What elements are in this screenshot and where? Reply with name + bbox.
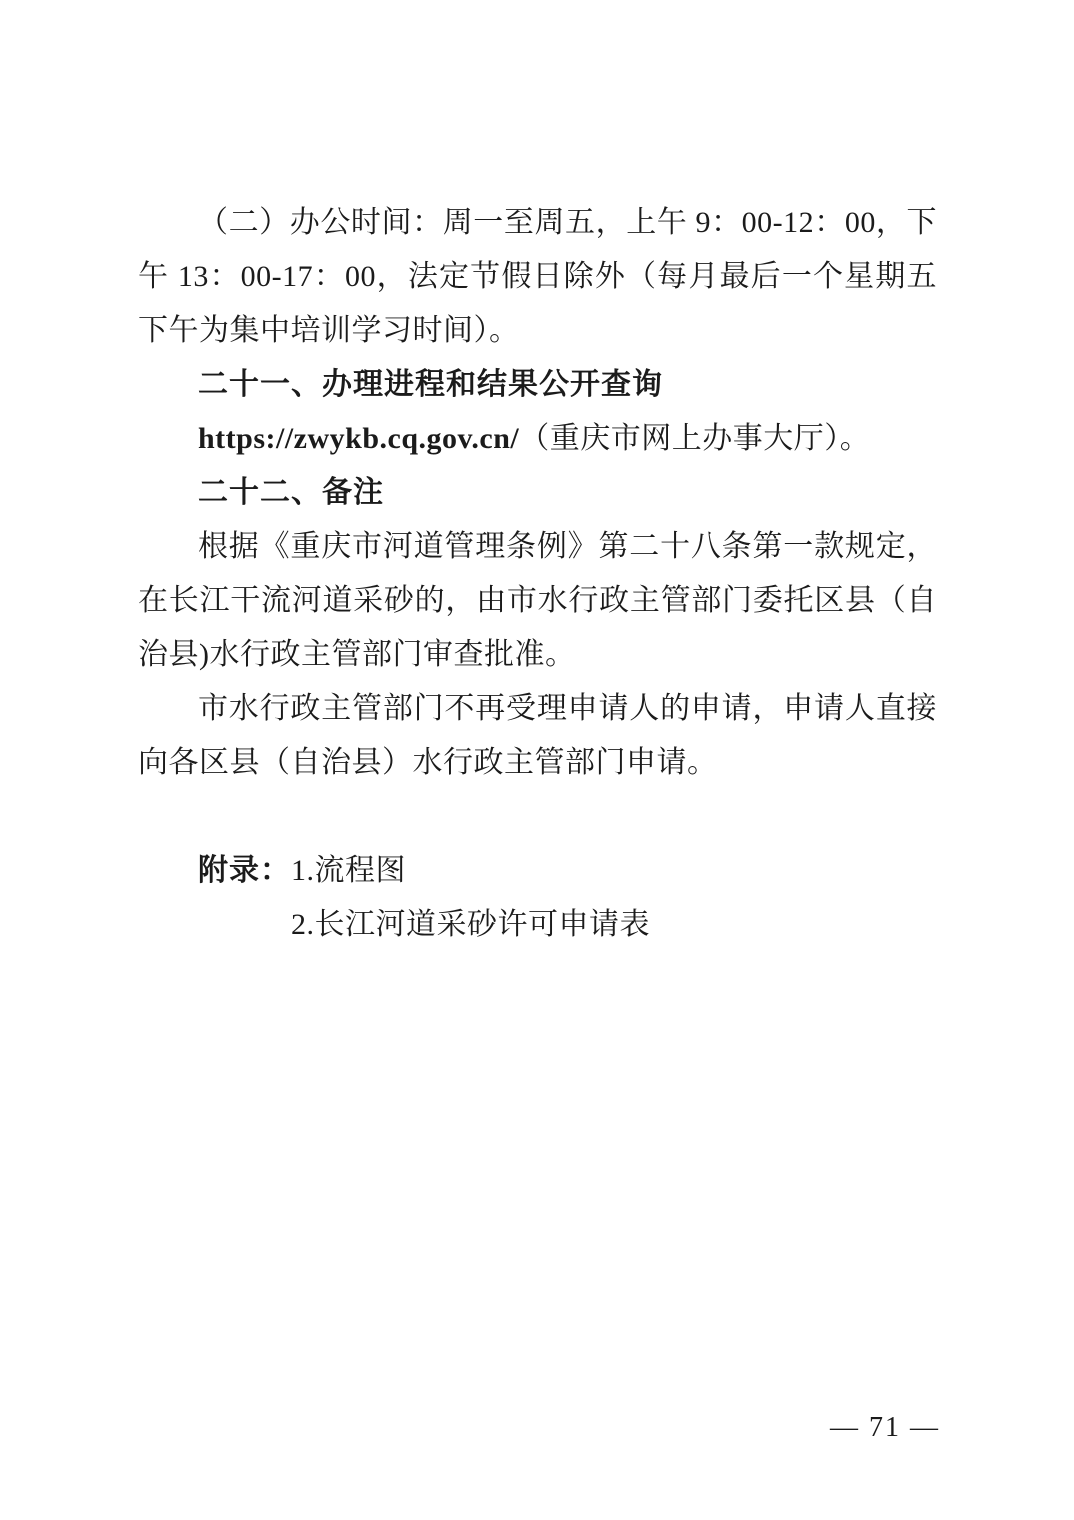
appendix-item-flowchart: 1.流程图	[291, 844, 650, 898]
paragraph-application-routing: 市水行政主管部门不再受理申请人的申请，申请人直接向各区县（自治县）水行政主管部门…	[138, 682, 937, 790]
heading-section-21: 二十一、办理进程和结果公开查询	[138, 358, 937, 412]
portal-url-note: （重庆市网上办事大厅）。	[519, 422, 870, 455]
appendix-item-application-form: 2.长江河道采砂许可申请表	[291, 898, 650, 952]
document-page: （二）办公时间：周一至周五，上午 9：00-12：00，下午 13：00-17：…	[0, 0, 1074, 1520]
paragraph-legal-basis: 根据《重庆市河道管理条例》第二十八条第一款规定，在长江干流河道采砂的，由市水行政…	[138, 520, 937, 682]
portal-url: https://zwykb.cq.gov.cn/	[198, 422, 519, 455]
appendix-block: 附录： 1.流程图 2.长江河道采砂许可申请表	[198, 844, 937, 952]
paragraph-query-portal: https://zwykb.cq.gov.cn/（重庆市网上办事大厅）。	[138, 412, 937, 466]
document-content: （二）办公时间：周一至周五，上午 9：00-12：00，下午 13：00-17：…	[138, 196, 937, 952]
paragraph-office-hours: （二）办公时间：周一至周五，上午 9：00-12：00，下午 13：00-17：…	[138, 196, 937, 358]
appendix-label: 附录：	[198, 844, 291, 898]
appendix-items: 1.流程图 2.长江河道采砂许可申请表	[291, 844, 650, 952]
heading-section-22: 二十二、备注	[138, 466, 937, 520]
page-number: — 71 —	[830, 1408, 940, 1448]
